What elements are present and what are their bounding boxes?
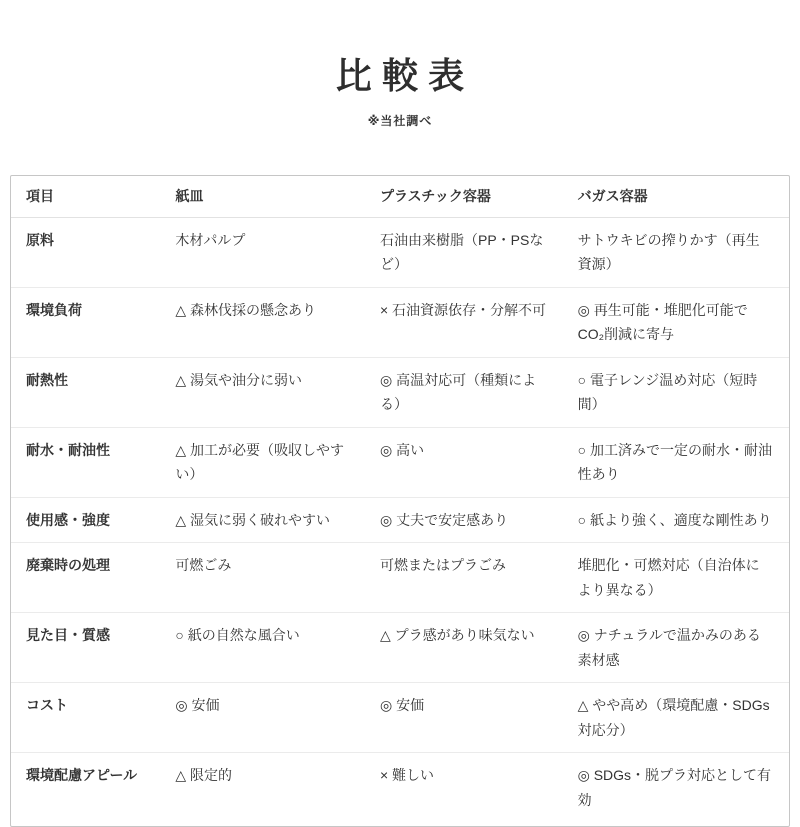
cell-bagasse: ◎ 再生可能・堆肥化可能でCO₂削減に寄与 (563, 287, 789, 357)
cell-bagasse: サトウキビの搾りかす（再生資源） (563, 218, 789, 287)
cell-plastic: ◎ 丈夫で安定感あり (365, 497, 563, 543)
cell-plastic: △ プラ感があり味気ない (365, 612, 563, 682)
cell-paper: △ 湿気に弱く破れやすい (160, 497, 365, 543)
table-row: 耐水・耐油性 △ 加工が必要（吸収しやすい） ◎ 高い ○ 加工済みで一定の耐水… (11, 427, 789, 497)
cell-paper: △ 湯気や油分に弱い (160, 357, 365, 427)
cell-plastic: ◎ 安価 (365, 682, 563, 752)
cell-plastic: × 石油資源依存・分解不可 (365, 287, 563, 357)
cell-paper: △ 限定的 (160, 752, 365, 826)
cell-plastic: × 難しい (365, 752, 563, 826)
cell-paper: 可燃ごみ (160, 542, 365, 612)
cell-plastic: ◎ 高温対応可（種類による） (365, 357, 563, 427)
column-header-item: 項目 (11, 176, 160, 218)
row-label: 見た目・質感 (11, 612, 160, 682)
comparison-page: 比較表 ※当社調べ 項目 紙皿 プラスチック容器 バガス容器 原料 木材パルプ … (0, 0, 800, 800)
row-label: 原料 (11, 218, 160, 287)
table-row: 廃棄時の処理 可燃ごみ 可燃またはプラごみ 堆肥化・可燃対応（自治体により異なる… (11, 542, 789, 612)
cell-bagasse: ◎ ナチュラルで温かみのある素材感 (563, 612, 789, 682)
cell-paper: 木材パルプ (160, 218, 365, 287)
cell-plastic: 可燃またはプラごみ (365, 542, 563, 612)
table-row: コスト ◎ 安価 ◎ 安価 △ やや高め（環境配慮・SDGs対応分） (11, 682, 789, 752)
table-row: 耐熱性 △ 湯気や油分に弱い ◎ 高温対応可（種類による） ○ 電子レンジ温め対… (11, 357, 789, 427)
row-label: 環境負荷 (11, 287, 160, 357)
cell-paper: ○ 紙の自然な風合い (160, 612, 365, 682)
table-row: 使用感・強度 △ 湿気に弱く破れやすい ◎ 丈夫で安定感あり ○ 紙より強く、適… (11, 497, 789, 543)
table-row: 見た目・質感 ○ 紙の自然な風合い △ プラ感があり味気ない ◎ ナチュラルで温… (11, 612, 789, 682)
row-label: 耐水・耐油性 (11, 427, 160, 497)
cell-bagasse: ○ 紙より強く、適度な剛性あり (563, 497, 789, 543)
column-header-bagasse-container: バガス容器 (563, 176, 789, 218)
column-header-plastic-container: プラスチック容器 (365, 176, 563, 218)
row-label: コスト (11, 682, 160, 752)
cell-bagasse: ○ 加工済みで一定の耐水・耐油性あり (563, 427, 789, 497)
row-label: 廃棄時の処理 (11, 542, 160, 612)
cell-bagasse: ◎ SDGs・脱プラ対応として有効 (563, 752, 789, 826)
cell-bagasse: △ やや高め（環境配慮・SDGs対応分） (563, 682, 789, 752)
comparison-table-container: 項目 紙皿 プラスチック容器 バガス容器 原料 木材パルプ 石油由来樹脂（PP・… (10, 175, 790, 827)
table-row: 原料 木材パルプ 石油由来樹脂（PP・PSなど） サトウキビの搾りかす（再生資源… (11, 218, 789, 287)
row-label: 環境配慮アピール (11, 752, 160, 826)
table-header-row: 項目 紙皿 プラスチック容器 バガス容器 (11, 176, 789, 218)
cell-paper: △ 森林伐採の懸念あり (160, 287, 365, 357)
cell-bagasse: 堆肥化・可燃対応（自治体により異なる） (563, 542, 789, 612)
column-header-paper-plate: 紙皿 (160, 176, 365, 218)
cell-paper: △ 加工が必要（吸収しやすい） (160, 427, 365, 497)
cell-bagasse: ○ 電子レンジ温め対応（短時間） (563, 357, 789, 427)
cell-plastic: 石油由来樹脂（PP・PSなど） (365, 218, 563, 287)
page-title: 比較表 (0, 0, 800, 97)
table-row: 環境負荷 △ 森林伐採の懸念あり × 石油資源依存・分解不可 ◎ 再生可能・堆肥… (11, 287, 789, 357)
row-label: 使用感・強度 (11, 497, 160, 543)
cell-plastic: ◎ 高い (365, 427, 563, 497)
cell-paper: ◎ 安価 (160, 682, 365, 752)
comparison-table: 項目 紙皿 プラスチック容器 バガス容器 原料 木材パルプ 石油由来樹脂（PP・… (10, 175, 790, 827)
row-label: 耐熱性 (11, 357, 160, 427)
table-row: 環境配慮アピール △ 限定的 × 難しい ◎ SDGs・脱プラ対応として有効 (11, 752, 789, 826)
page-subtitle: ※当社調べ (0, 112, 800, 129)
